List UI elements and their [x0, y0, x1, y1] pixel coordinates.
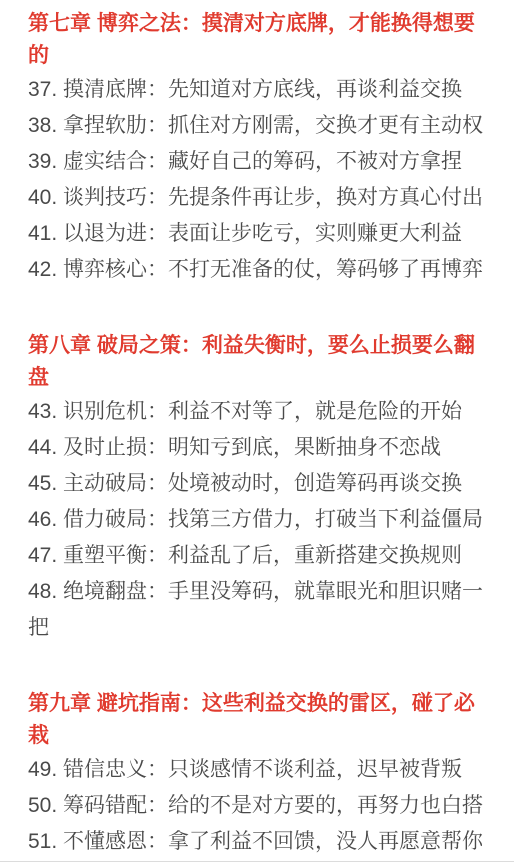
list-item: 39. 虚实结合：藏好自己的筹码，不被对方拿捏: [28, 144, 490, 180]
list-item: 40. 谈判技巧：先提条件再让步，换对方真心付出: [28, 180, 490, 216]
chapter-section-7: 第七章 博弈之法：摸清对方底牌，才能换得想要的 37. 摸清底牌：先知道对方底线…: [28, 8, 490, 288]
section-heading: 第九章 避坑指南：这些利益交换的雷区，碰了必栽: [28, 688, 490, 752]
item-number: 45.: [28, 472, 57, 495]
item-number: 50.: [28, 794, 57, 817]
item-number: 44.: [28, 436, 57, 459]
item-number: 47.: [28, 544, 57, 567]
chapter-section-9: 第九章 避坑指南：这些利益交换的雷区，碰了必栽 49. 错信忠义：只谈感情不谈利…: [28, 688, 490, 860]
list-item: 49. 错信忠义：只谈感情不谈利益，迟早被背叛: [28, 752, 490, 788]
item-number: 49.: [28, 758, 57, 781]
list-item: 38. 拿捏软肋：抓住对方刚需，交换才更有主动权: [28, 108, 490, 144]
item-text: 识别危机：利益不对等了，就是危险的开始: [63, 400, 462, 423]
item-number: 43.: [28, 400, 57, 423]
item-number: 48.: [28, 580, 57, 603]
article-content: 第七章 博弈之法：摸清对方底牌，才能换得想要的 37. 摸清底牌：先知道对方底线…: [0, 0, 514, 868]
item-number: 37.: [28, 78, 57, 101]
list-item: 45. 主动破局：处境被动时，创造筹码再谈交换: [28, 466, 490, 502]
item-text: 重塑平衡：利益乱了后，重新搭建交换规则: [63, 544, 462, 567]
item-text: 及时止损：明知亏到底，果断抽身不恋战: [63, 436, 441, 459]
item-text: 主动破局：处境被动时，创造筹码再谈交换: [63, 472, 462, 495]
item-text: 错信忠义：只谈感情不谈利益，迟早被背叛: [63, 758, 462, 781]
list-item: 37. 摸清底牌：先知道对方底线，再谈利益交换: [28, 72, 490, 108]
item-number: 51.: [28, 830, 57, 853]
item-text: 摸清底牌：先知道对方底线，再谈利益交换: [63, 78, 462, 101]
list-item: 47. 重塑平衡：利益乱了后，重新搭建交换规则: [28, 538, 490, 574]
list-item: 44. 及时止损：明知亏到底，果断抽身不恋战: [28, 430, 490, 466]
item-number: 42.: [28, 258, 57, 281]
item-number: 41.: [28, 222, 57, 245]
section-heading: 第八章 破局之策：利益失衡时，要么止损要么翻盘: [28, 330, 490, 394]
item-text: 不懂感恩：拿了利益不回馈，没人再愿意帮你: [63, 830, 483, 853]
item-number: 40.: [28, 186, 57, 209]
list-item: 51. 不懂感恩：拿了利益不回馈，没人再愿意帮你: [28, 824, 490, 860]
item-text: 虚实结合：藏好自己的筹码，不被对方拿捏: [63, 150, 462, 173]
item-number: 38.: [28, 114, 57, 137]
item-text: 博弈核心：不打无准备的仗，筹码够了再博弈: [63, 258, 483, 281]
list-item: 42. 博弈核心：不打无准备的仗，筹码够了再博弈: [28, 252, 490, 288]
list-item: 41. 以退为进：表面让步吃亏，实则赚更大利益: [28, 216, 490, 252]
section-heading: 第七章 博弈之法：摸清对方底牌，才能换得想要的: [28, 8, 490, 72]
item-text: 筹码错配：给的不是对方要的，再努力也白搭: [63, 794, 483, 817]
item-text: 拿捏软肋：抓住对方刚需，交换才更有主动权: [63, 114, 483, 137]
list-item: 46. 借力破局：找第三方借力，打破当下利益僵局: [28, 502, 490, 538]
chapter-section-8: 第八章 破局之策：利益失衡时，要么止损要么翻盘 43. 识别危机：利益不对等了，…: [28, 330, 490, 646]
list-item: 43. 识别危机：利益不对等了，就是危险的开始: [28, 394, 490, 430]
list-item: 48. 绝境翻盘：手里没筹码，就靠眼光和胆识赌一把: [28, 574, 490, 646]
item-text: 以退为进：表面让步吃亏，实则赚更大利益: [63, 222, 462, 245]
bottom-divider: [0, 861, 514, 862]
item-number: 46.: [28, 508, 57, 531]
item-text: 谈判技巧：先提条件再让步，换对方真心付出: [63, 186, 483, 209]
item-text: 绝境翻盘：手里没筹码，就靠眼光和胆识赌一把: [28, 580, 483, 639]
item-text: 借力破局：找第三方借力，打破当下利益僵局: [63, 508, 483, 531]
item-number: 39.: [28, 150, 57, 173]
list-item: 50. 筹码错配：给的不是对方要的，再努力也白搭: [28, 788, 490, 824]
